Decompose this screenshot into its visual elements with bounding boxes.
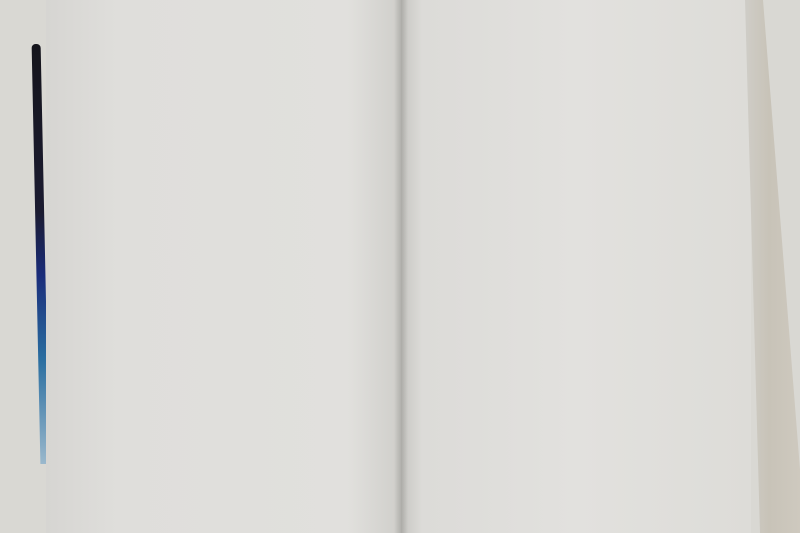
book-gutter (394, 0, 408, 533)
right-page (401, 0, 751, 533)
page-edges (745, 0, 800, 533)
left-page (46, 0, 401, 533)
